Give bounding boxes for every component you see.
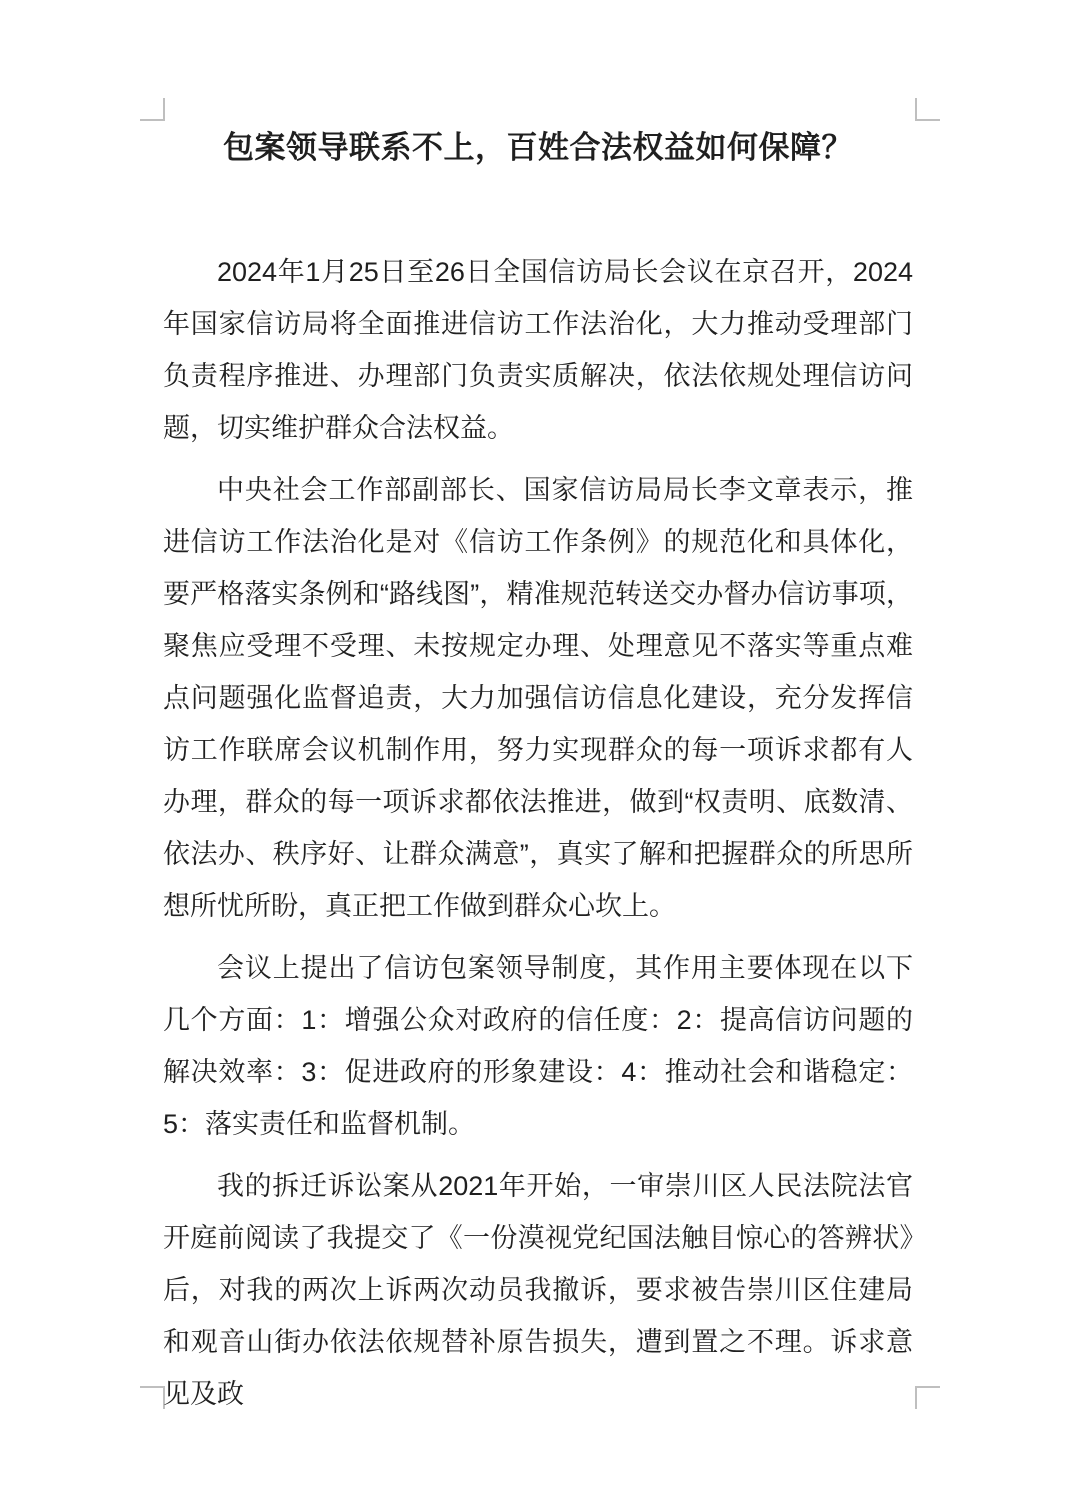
crop-mark-top-right-icon [915, 98, 940, 121]
paragraph-3: 会议上提出了信访包案领导制度，其作用主要体现在以下几个方面：1：增强公众对政府的… [163, 942, 913, 1150]
crop-mark-top-left-icon [140, 98, 165, 121]
text-area: 包案领导联系不上，百姓合法权益如何保障？ 2024年1月25日至26日全国信访局… [163, 126, 913, 1430]
document-title: 包案领导联系不上，百姓合法权益如何保障？ [163, 126, 913, 170]
crop-mark-bottom-left-icon [140, 1386, 165, 1409]
paragraph-2: 中央社会工作部副部长、国家信访局局长李文章表示，推进信访工作法治化是对《信访工作… [163, 464, 913, 932]
paragraph-4: 我的拆迁诉讼案从2021年开始，一审崇川区人民法院法官开庭前阅读了我提交了《一份… [163, 1160, 913, 1420]
crop-mark-bottom-right-icon [915, 1386, 940, 1409]
document-body: 2024年1月25日至26日全国信访局长会议在京召开，2024年国家信访局将全面… [163, 246, 913, 1420]
document-page: 包案领导联系不上，百姓合法权益如何保障？ 2024年1月25日至26日全国信访局… [0, 0, 1076, 1508]
paragraph-1: 2024年1月25日至26日全国信访局长会议在京召开，2024年国家信访局将全面… [163, 246, 913, 454]
